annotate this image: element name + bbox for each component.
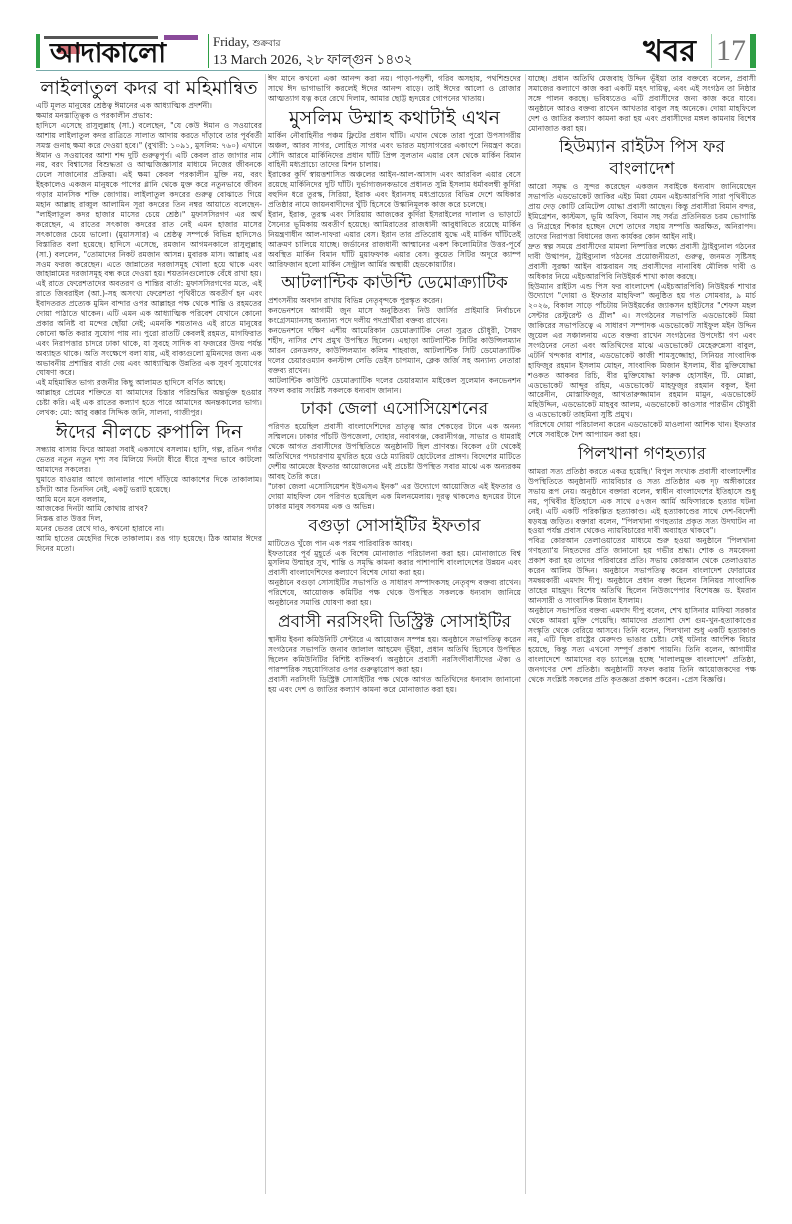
article-paragraph: অনুষ্ঠানে সভাপতির বক্তব্য এমদাদ দীপু বলে…	[528, 606, 756, 685]
column-3: যাচ্ছে। প্রধান অতিথি মেজবাহ উদ্দিন ভূঁইয…	[528, 74, 756, 685]
article-paragraph: কনভেনশনে আগামী জুন মাসে অনুষ্ঠিতব্য নিউ …	[268, 306, 521, 326]
headline-lailatul-qadr: লাইলাতুল কদর বা মহিমান্বিত	[36, 77, 262, 99]
article-paragraph: কনভেনশনে দক্ষিণ এশীয় আমেরিকান ডেমোক্র্য…	[268, 326, 521, 376]
article-paragraph: দ্রুত স্বল্প সময়ে প্রবাসীদের মামলা নিষ্…	[528, 242, 756, 282]
section-title: খবর	[643, 36, 696, 68]
article-paragraph: এই রাতে ফেরেশতাদের অবতরণ ও শান্তির বার্ত…	[36, 279, 262, 378]
logo-tag	[164, 35, 198, 40]
article-paragraph: এটি মূলত মানুষের শ্রেষ্ঠত্ব ঈমানের এক আধ…	[36, 101, 262, 111]
article-paragraph: নিস্তব্ধ রাত উত্তর দিল,	[36, 514, 262, 524]
article-paragraph: এই মহিমান্বিত ভাগ্য রজনীর কিছু আলামত হাদ…	[36, 378, 262, 388]
article-paragraph: আজকের দিনটা আমি কোথায় রাখব?	[36, 504, 262, 514]
article-paragraph: ঘুমাতে যাওয়ার আগে জানালার পাশে দাঁড়িয়…	[36, 475, 262, 495]
masthead: আদাকালো Friday, শুক্রবার 13 March 2026, …	[36, 34, 756, 68]
headline-dhaka-district: ঢাকা জেলা এসোসিয়েশনের	[268, 398, 521, 420]
article-paragraph: আটলান্টিক কাউন্টি ডেমোক্র্যাটিক দলের চেয…	[268, 376, 521, 396]
article-paragraph: আমরা সত্য প্রতিষ্ঠা করতে একত্র হয়েছি।' …	[528, 467, 756, 536]
page-accent-bar	[750, 34, 756, 68]
article-paragraph: প্রবাসী নরসিংদী ডিস্ট্রিক্ট সোসাইটির পক্…	[268, 675, 521, 695]
newspaper-logo: আদাকালো	[44, 34, 204, 68]
headline-human-rights-peace: হিউম্যান রাইটস পিস ফর বাংলাদেশ	[528, 136, 756, 180]
article-paragraph: স্থানীয় ইবনা কমিউনিটি সেন্টারে এ আয়োজন…	[268, 635, 521, 675]
logo-accent-bar	[36, 34, 40, 68]
headline-bogura-society: বগুড়া সোসাইটির ইফতার	[268, 515, 521, 537]
logo-text: আদাকালো	[50, 39, 165, 69]
article-paragraph: আল্লাহর প্রেমের শক্তিতে যা আমাদের চিন্তা…	[36, 388, 262, 418]
article-paragraph: ইফতারের পূর্ব মুহূর্তে এক বিশেষ মোনাজাত …	[268, 549, 521, 579]
header-rule	[36, 70, 756, 71]
headline-muslim-ummah: মুসলিম উম্মাহ কথাটাই এখন	[268, 107, 521, 129]
article-intro: যাচ্ছে। প্রধান অতিথি মেজবাহ উদ্দিন ভূঁইয…	[528, 74, 756, 133]
article-paragraph: সন্ধ্যায় বাসায় ফিরে আমরা সবাই একসাথে ব…	[36, 445, 262, 475]
headline-atlantic-county: আটলান্টিক কাউন্টি ডেমোক্র্যাটিক	[268, 272, 521, 294]
article-paragraph: ইরাকের কুর্দি স্বায়ত্তশাসিত অঞ্চলের আইন…	[268, 170, 521, 210]
day-en: Friday,	[213, 34, 249, 49]
day-bn: শুক্রবার	[253, 39, 281, 49]
headline-narsingdi-society: প্রবাসী নরসিংদী ডিস্ট্রিক্ট সোসাইটির	[268, 611, 521, 633]
article-paragraph: আরো সমৃদ্ধ ও সুন্দর করেছেন একজন সবাইকে ধ…	[528, 182, 756, 241]
article-paragraph: আমি হাতের মেহেদির দিকে তাকালাম। রঙ গাঢ় …	[36, 534, 262, 554]
article-paragraph: হাদিসে এসেছে রাসুলুল্লাহ (সা.) বলেছেন, "…	[36, 121, 262, 280]
article-paragraph: পরিশেষে দোয়া পরিচালনা করেন এডভোকেট মাওল…	[528, 420, 756, 440]
column-divider	[265, 74, 266, 1194]
article-paragraph: হিউম্যান রাইটস এন্ড পিস ফর বাংলাদেশ (এইচ…	[528, 282, 756, 421]
article-paragraph: পরিণত হয়েছিল প্রবাসী বাংলাদেশিদের ভ্রাত…	[268, 422, 521, 481]
article-paragraph: মাটিতেও খুঁজে পান এক পরম পারিবারিক আবহ।	[268, 539, 521, 549]
article-paragraph: প্রশংসনীয় অবদান রাখায় বিভিন্ন নেতৃবৃন্…	[268, 296, 521, 306]
page-number: 17	[711, 34, 746, 68]
headline-eid-silver-day: ঈদের নীলচে রুপালি দিন	[36, 421, 262, 443]
column-divider	[525, 74, 526, 1194]
article-paragraph: ইরান, ইরাক, তুরস্ক এবং সিরিয়ায় আজকের ক…	[268, 210, 521, 269]
issue-date: Friday, শুক্রবার 13 March 2026, ২৮ ফাল্গ…	[208, 34, 413, 68]
article-paragraph: আমি মনে মনে বললাম,	[36, 495, 262, 505]
headline-pilkhana: পিলখানা গণহত্যার	[528, 443, 756, 465]
article-paragraph: অনুষ্ঠানে বগুড়া সোসাইটির সভাপতি ও সাধার…	[268, 578, 521, 608]
column-2: ঈদ মানে কখনো একা আনন্দ করা নয়। পাড়া-পড…	[268, 74, 521, 694]
article-paragraph: "ঢাকা জেলা এসোসিয়েশন ইউএসএ ইনক" এর উদ্য…	[268, 482, 521, 512]
article-paragraph: ক্ষমার মনস্তাত্ত্বিক ও পরকালীন প্রভাব:	[36, 111, 262, 121]
article-paragraph: মার্কিন নৌবাহিনীর পঞ্চম ফ্লিটের প্রধান ঘ…	[268, 131, 521, 171]
article-paragraph: পবিত্র কোরআন তেলাওয়াতের মাধ্যমে শুরু হও…	[528, 536, 756, 605]
date-full: 13 March 2026, ২৮ ফাল্গুন ১৪৩২	[213, 52, 413, 69]
article-intro: ঈদ মানে কখনো একা আনন্দ করা নয়। পাড়া-পড…	[268, 74, 521, 104]
column-1: লাইলাতুল কদর বা মহিমান্বিত এটি মূলত মানু…	[36, 74, 262, 554]
article-paragraph: মনের ভেতর রেখে দাও, কখনো হারাবে না।	[36, 524, 262, 534]
